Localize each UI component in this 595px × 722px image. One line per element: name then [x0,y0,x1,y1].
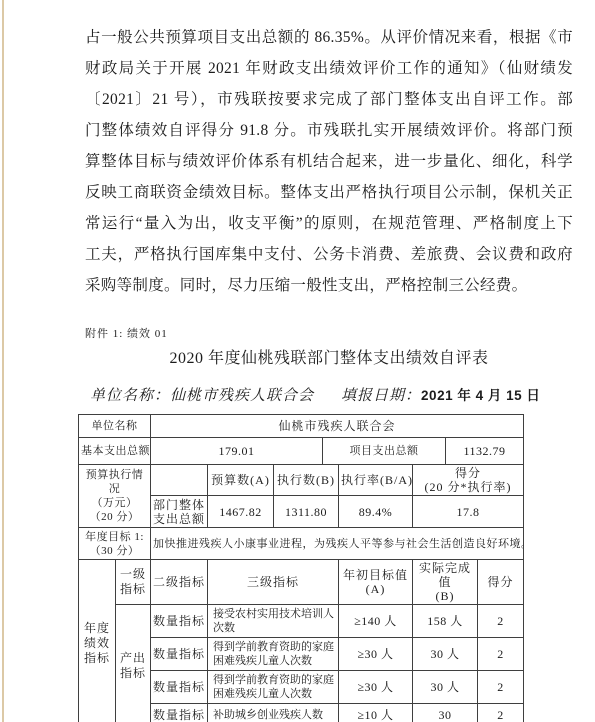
level2-header-cell: 二级指标 [151,560,208,605]
budget-empty-cell [151,465,208,496]
actual-cell: 30 [413,704,478,722]
rate-value-cell: 89.4% [339,496,413,528]
paragraph-line: 工夫，严格执行国库集中支付、公务卡消费、差旅费、会议费和政府 [85,239,573,270]
paragraph-line: 常运行“量入为出，收支平衡”的原则，在规范管理、严格制度上下 [85,208,573,239]
paragraph-line: 算整体目标与绩效评价体系有机结合起来，进一步量化、细化，科学 [85,146,573,177]
score-header-line2: (20 分*执行率) [415,480,521,494]
budget-value-cell: 1467.82 [208,496,274,528]
score-cell: 2 [478,638,524,671]
unit-name-value-cell: 仙桃市残疾人联合会 [151,415,524,438]
indicator-row: 产出指标 数量指标 接受农村实用技术培训人次数 ≥140 人 158 人 2 [79,605,524,638]
date-value: 2021 年 4 月 15 日 [421,388,540,403]
table-row-indicator-header: 年度绩效指标 一级指标 二级指标 三级指标 年初目标值 (A) 实际完成值 (B… [79,560,524,605]
table-row-unit: 单位名称 仙桃市残疾人联合会 [79,415,524,438]
self-evaluation-table: 单位名称 仙桃市残疾人联合会 基本支出总额 179.01 项目支出总额 1132… [78,414,524,722]
dept-total-label-cell: 部门整体 支出总额 [151,496,208,528]
col-exec-header-cell: 执行数(B) [274,465,339,496]
level3-header-cell: 三级指标 [208,560,339,605]
col-budget-header-cell: 预算数(A) [208,465,274,496]
table-row-annual-goal: 年度目标 1: （30 分） 加快推进残疾人小康事业进程，为残疾人平等参与社会生… [79,528,524,560]
paragraph-line: 占一般公共预算项目支出总额的 86.35%。从评价情况来看，根据《市 [85,22,573,53]
actual-header-line1: 实际完成值 [415,561,475,589]
basic-expense-value-cell: 179.01 [151,438,323,465]
budget-exec-label-line3: （20 分） [81,510,148,524]
target-cell: ≥140 人 [339,605,413,638]
annual-goal-label-cell: 年度目标 1: （30 分） [79,528,151,560]
target-header-line2: (A) [341,582,410,596]
budget-exec-label-cell: 预算执行情况 （万元） （20 分） [79,465,151,528]
annual-goal-label-line2: （30 分） [81,544,148,558]
dept-total-label-line2: 支出总额 [153,512,205,526]
score-header-cell: 得分 [478,560,524,605]
level2-cell: 数量指标 [151,671,208,704]
target-cell: ≥30 人 [339,671,413,704]
score-cell: 2 [478,605,524,638]
target-header-cell: 年初目标值 (A) [339,560,413,605]
unit-name-label-cell: 单位名称 [79,415,151,438]
basic-expense-label-cell: 基本支出总额 [79,438,151,465]
dept-total-label-line1: 部门整体 [153,498,205,512]
date-label: 填报日期： [341,388,421,404]
level3-cell: 得到学前教育资助的家庭困难残疾儿童人次数 [208,671,339,704]
annual-performance-side-label-cell: 年度绩效指标 [79,560,116,722]
unit-name: 仙桃市残疾人联合会 [170,388,314,404]
actual-cell: 30 人 [413,671,478,704]
form-title: 2020 年度仙桃残联部门整体支出绩效自评表 [85,349,573,369]
output-group-label-cell: 产出指标 [116,605,151,722]
score-header-line1: 得分 [415,466,521,480]
paragraph-line: 反映工商联资金绩效目标。整体支出严格执行项目公示制，保机关正 [85,177,573,208]
col-rate-header-cell: 执行率(B/A) [339,465,413,496]
unit-date-line: 单位名称：仙桃市残疾人联合会填报日期：2021 年 4 月 15 日 [85,387,573,405]
project-expense-value-cell: 1132.79 [446,438,524,465]
level3-cell: 接受农村实用技术培训人次数 [208,605,339,638]
score-cell: 2 [478,704,524,722]
actual-header-line2: (B) [415,589,475,603]
annual-goal-label-line1: 年度目标 1: [81,530,148,544]
actual-cell: 30 人 [413,638,478,671]
score-value-cell: 17.8 [413,496,524,528]
paragraph-line: 〔2021〕21 号），市残联按要求完成了部门整体支出自评工作。部 [85,84,573,115]
page-edge-line [2,0,4,722]
score-cell: 2 [478,671,524,704]
annual-goal-text-cell: 加快推进残疾人小康事业进程，为残疾人平等参与社会生活创造良好环境。 [151,528,524,560]
level1-header-cell: 一级指标 [116,560,151,605]
col-score-header-cell: 得分 (20 分*执行率) [413,465,524,496]
level2-cell: 数量指标 [151,704,208,722]
paragraph-line: 采购等制度。同时，尽力压缩一般性支出，严格控制三公经费。 [85,270,573,301]
budget-exec-label-line1: 预算执行情况 [81,468,148,496]
level3-cell: 得到学前教育资助的家庭困难残疾儿童人次数 [208,638,339,671]
table-row-budget-header: 预算执行情况 （万元） （20 分） 预算数(A) 执行数(B) 执行率(B/A… [79,465,524,496]
unit-label: 单位名称： [90,388,170,404]
body-paragraph: 占一般公共预算项目支出总额的 86.35%。从评价情况来看，根据《市 财政局关于… [85,0,573,301]
document-content: 占一般公共预算项目支出总额的 86.35%。从评价情况来看，根据《市 财政局关于… [85,0,573,722]
level2-cell: 数量指标 [151,638,208,671]
table-row-totals: 基本支出总额 179.01 项目支出总额 1132.79 [79,438,524,465]
paragraph-line: 门整体绩效自评得分 91.8 分。市残联扎实开展绩效评价。将部门预 [85,115,573,146]
actual-cell: 158 人 [413,605,478,638]
actual-header-cell: 实际完成值 (B) [413,560,478,605]
exec-value-cell: 1311.80 [274,496,339,528]
project-expense-label-cell: 项目支出总额 [323,438,446,465]
attachment-note: 附件 1: 绩效 01 [85,327,573,341]
document-page: 占一般公共预算项目支出总额的 86.35%。从评价情况来看，根据《市 财政局关于… [0,0,595,722]
budget-exec-label-line2: （万元） [81,496,148,510]
level2-cell: 数量指标 [151,605,208,638]
paragraph-line: 财政局关于开展 2021 年财政支出绩效评价工作的通知》（仙财绩发 [85,53,573,84]
level3-cell: 补助城乡创业残疾人数 [208,704,339,722]
target-header-line1: 年初目标值 [341,568,410,582]
target-cell: ≥30 人 [339,638,413,671]
target-cell: ≥10 人 [339,704,413,722]
